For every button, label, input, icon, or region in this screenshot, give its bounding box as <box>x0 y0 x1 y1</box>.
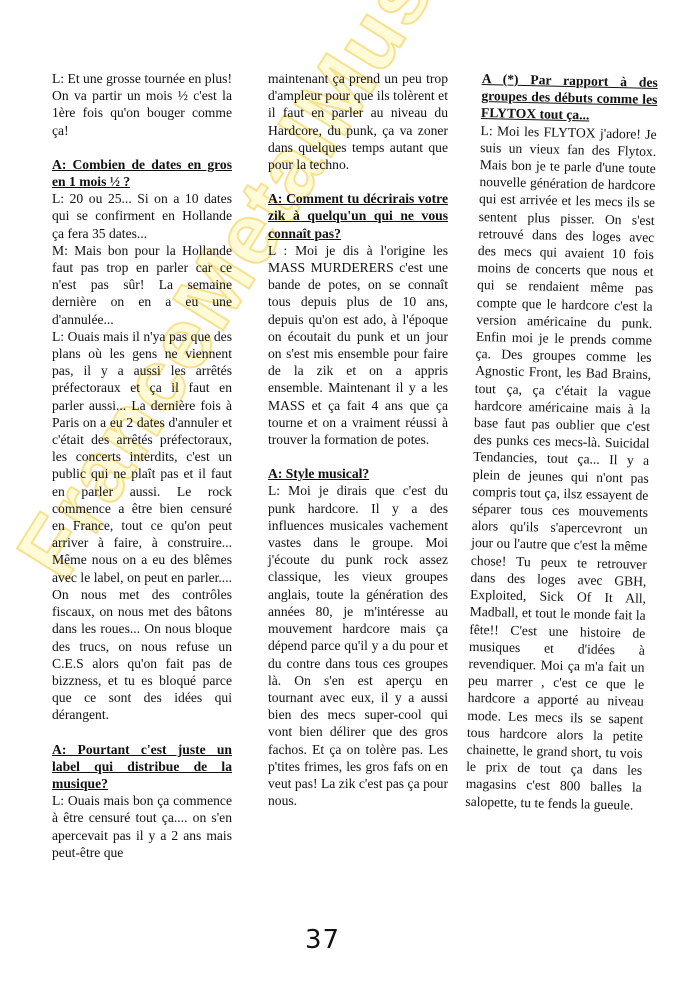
answer-paragraph: L: Moi les FLYTOX j'adore! Je suis un vi… <box>465 122 657 814</box>
answer-paragraph: L: Et une grosse tournée en plus! On va … <box>52 70 232 139</box>
answer-paragraph: M: Mais bon pour la Hollande faut pas tr… <box>52 242 232 328</box>
interview-question: A (*) Par rapport à des groupes des débu… <box>481 70 658 126</box>
answer-paragraph: L: Ouais mais il n'ya pas que des plans … <box>52 328 232 724</box>
answer-paragraph: L : Moi je dis à l'origine les MASS MURD… <box>268 242 448 448</box>
column-2: maintenant ça prend un peu trop d'ampleu… <box>268 70 448 809</box>
column-1: L: Et une grosse tournée en plus! On va … <box>52 70 232 861</box>
answer-paragraph: L: Ouais mais bon ça commence à être cen… <box>52 792 232 861</box>
magazine-page: FranceMetalMuseum L: Et une grosse tourn… <box>0 0 700 1000</box>
interview-question: A: Combien de dates en gros en 1 mois ½ … <box>52 156 232 190</box>
page-number: 37 <box>305 925 340 955</box>
answer-paragraph: L: Moi je dirais que c'est du punk hardc… <box>268 482 448 809</box>
column-3: A (*) Par rapport à des groupes des débu… <box>465 70 658 814</box>
answer-paragraph: maintenant ça prend un peu trop d'ampleu… <box>268 70 448 173</box>
answer-paragraph: L: 20 ou 25... Si on a 10 dates qui se c… <box>52 190 232 242</box>
interview-question: A: Pourtant c'est juste un label qui dis… <box>52 741 232 793</box>
interview-question: A: Style musical? <box>268 465 448 482</box>
interview-question: A: Comment tu décrirais votre zik à quel… <box>268 190 448 242</box>
